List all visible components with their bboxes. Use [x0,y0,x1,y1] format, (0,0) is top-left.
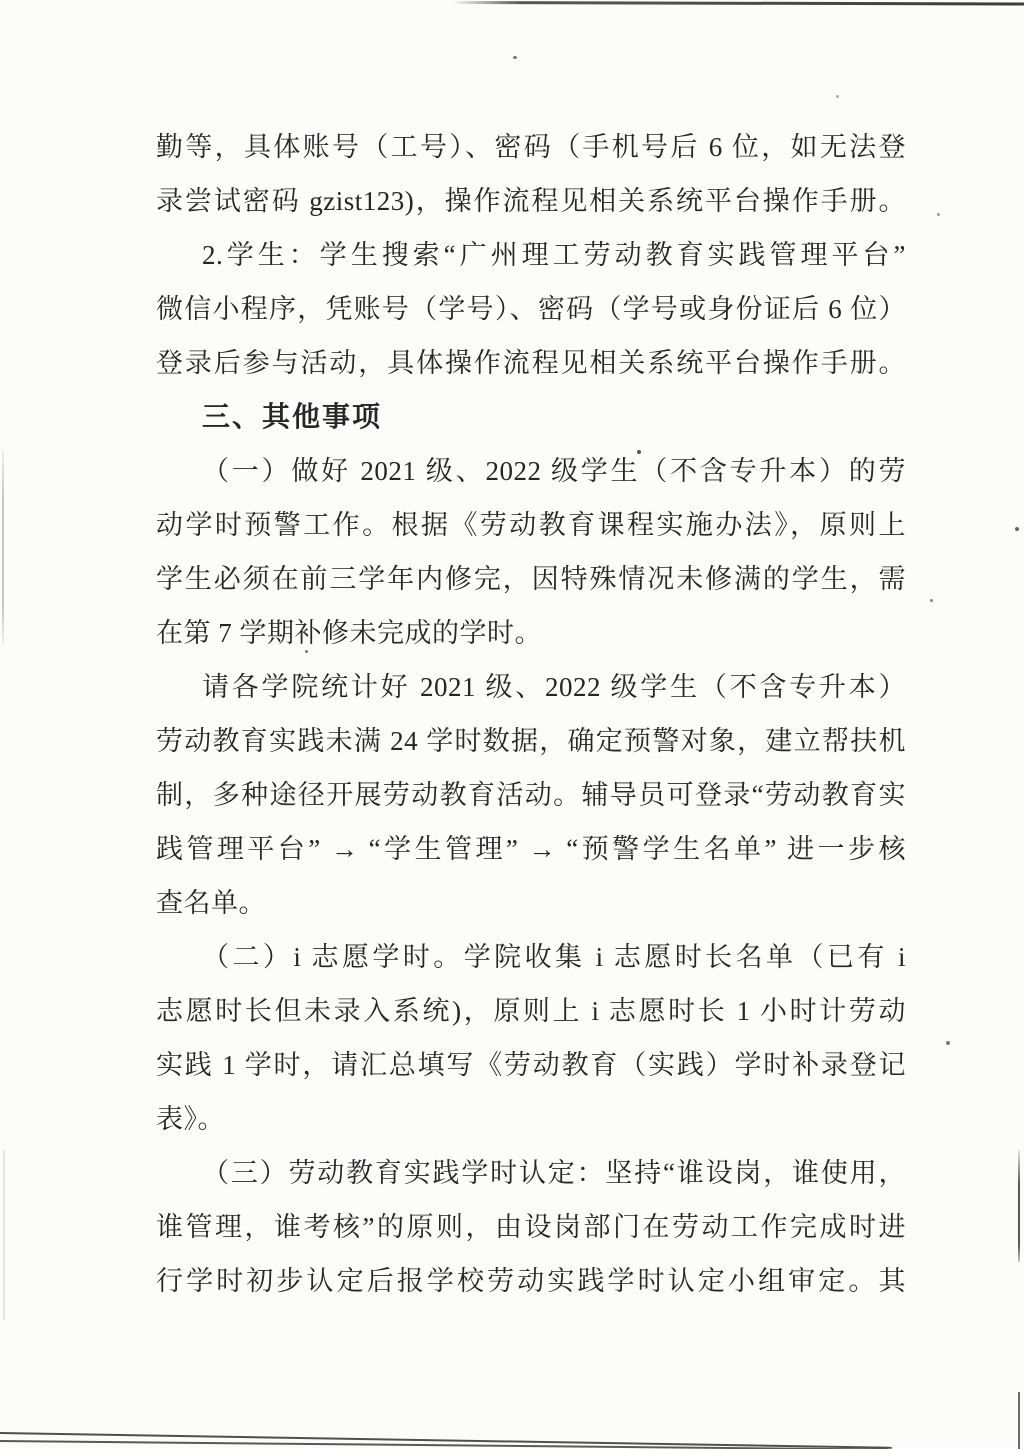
text-line-7: （一）做好 2021 级、2022 级学生（不含专升本）的劳 [156,444,906,498]
scan-speck [946,1041,950,1045]
text-line-8: 动学时预警工作。根据《劳动教育课程实施办法》，原则上 [156,498,906,552]
scan-speck [836,95,839,98]
text-line-17: 志愿时长但未录入系统)，原则上 i 志愿时长 1 小时计劳动 [156,984,906,1038]
scan-speck [930,599,933,602]
text-line-3: 2.学生：学生搜索“广州理工劳动教育实践管理平台” [156,228,906,282]
text-line-18: 实践 1 学时，请汇总填写《劳动教育（实践）学时补录登记 [156,1038,906,1092]
paper-background: 勤等，具体账号（工号）、密码（手机号后 6 位，如无法登录尝试密码 gzist1… [0,0,1024,1449]
text-line-21: 谁管理，谁考核”的原则，由设岗部门在劳动工作完成时进 [156,1200,906,1254]
text-line-12: 劳动教育实践未满 24 学时数据，确定预警对象，建立帮扶机 [156,714,906,768]
text-line-11: 请各学院统计好 2021 级、2022 级学生（不含专升本） [156,660,906,714]
text-line-10: 在第 7 学期补修未完成的学时。 [156,606,906,660]
text-line-1: 勤等，具体账号（工号）、密码（手机号后 6 位，如无法登 [156,120,906,174]
text-line-13: 制，多种途径开展劳动教育活动。辅导员可登录“劳动教育实 [156,768,906,822]
scan-speck [513,56,517,59]
scan-edge-line-top [452,1,1024,5]
document-body: 勤等，具体账号（工号）、密码（手机号后 6 位，如无法登录尝试密码 gzist1… [156,120,906,1308]
section-heading: 三、其他事项 [156,390,906,444]
text-line-22: 行学时初步认定后报学校劳动实践学时认定小组审定。其 [156,1254,906,1308]
text-line-2: 录尝试密码 gzist123)，操作流程见相关系统平台操作手册。 [156,174,906,228]
text-line-15: 查名单。 [156,876,906,930]
scanned-document-page: { "page": { "kind": "scanned official no… [0,0,1024,1449]
scan-speck [637,450,641,454]
scan-edge-line-right-upper [1018,1150,1020,1262]
text-line-5: 登录后参与活动，具体操作流程见相关系统平台操作手册。 [156,336,906,390]
text-line-14: 践管理平台” → “学生管理” → “预警学生名单” 进一步核 [156,822,906,876]
scan-edge-line-left-2 [3,1150,5,1320]
scan-edge-line-left-1 [2,450,4,645]
text-line-20: （三）劳动教育实践学时认定：坚持“谁设岗，谁使用， [156,1146,906,1200]
text-line-9: 学生必须在前三学年内修完，因特殊情况未修满的学生，需 [156,552,906,606]
scan-speck [1015,527,1019,531]
scan-edge-line-right-lower [1018,1392,1020,1449]
text-line-4: 微信小程序，凭账号（学号）、密码（学号或身份证后 6 位） [156,282,906,336]
scan-speck [305,650,308,653]
scan-speck [937,213,940,216]
text-line-16: （二）i 志愿学时。学院收集 i 志愿时长名单（已有 i [156,930,906,984]
text-line-19: 表》。 [156,1092,906,1146]
